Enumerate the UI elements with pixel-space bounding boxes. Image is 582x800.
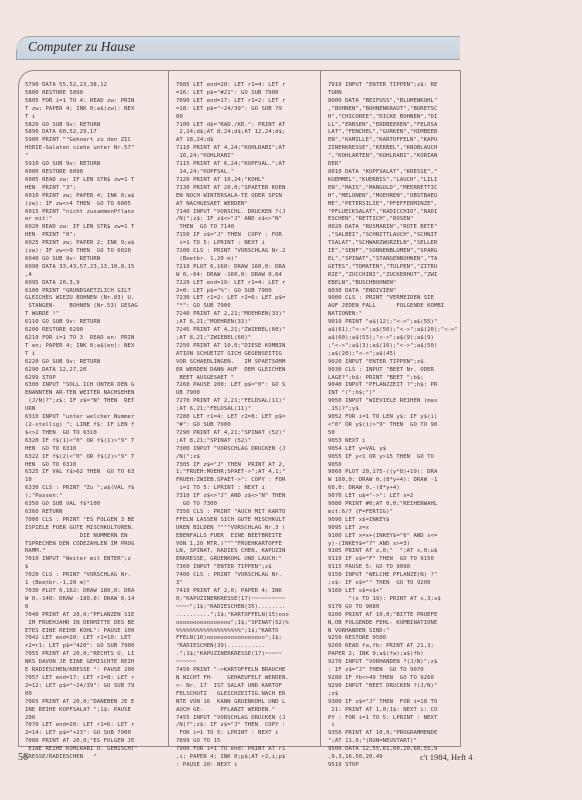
code-line: mit:6/7 (F=FERTIG)" <box>328 509 468 517</box>
code-line: i <box>328 722 468 730</box>
code-line: FELSCHUTZ GLEICHZEITIG.NACH ER <box>176 691 316 699</box>
code-line: 6095 DATA 20,3,9 <box>25 280 165 288</box>
section-header-hook <box>16 50 23 60</box>
code-line: 7350 CLS : PRINT "AUCH MIT KARTO <box>176 509 316 517</box>
code-line: 6040 GO SUB 9v: RETURN <box>25 256 165 264</box>
code-line: ,"SALBEI","SCHNITTLAUCH","SCHNIT <box>328 232 468 240</box>
code-line: "#": GO SUB 7900 <box>176 422 316 430</box>
code-line: HEN PRINT "3"; <box>25 185 165 193</box>
code-line: H","CHICOREE","DICKE BOHNEN","DI <box>328 114 468 122</box>
code-line: 5800 RESTORE 5890 <box>25 90 165 98</box>
code-line: IM FRUEHJAHR IN DERMITTE DES BE <box>25 620 165 628</box>
code-line: ETES EINE REIHE KOHL": PAUSE 100 <box>25 628 165 636</box>
code-line: N,OB FOLGENDE FEHL- KOMBINATIONE <box>328 620 468 628</box>
page-number: 56 <box>18 752 28 763</box>
code-line: 9070 LET u$="->": LET x=2 <box>328 493 468 501</box>
code-line: ;"<->";a$(3);a$(16);"<->";a$(50) <box>328 343 468 351</box>
code-line: 7055 PRINT AT 20,0;"RECHTS U. LI <box>25 651 165 659</box>
code-line: 5910 GO SUB 9v: RETURN <box>25 161 165 169</box>
code-line: 1;"FRUEH:MOEHR;SPAET->";AT 4,1;" <box>176 469 316 477</box>
code-line: (J/N)?";z$: IF z$="N" THEN RET <box>25 398 165 406</box>
code-line: 7080 PRINT AT 20,0;"ES FOLGEN JE <box>25 738 165 746</box>
code-line: EBENFALLS FUER EINE BEETBREITE <box>176 533 316 541</box>
code-line: i=1 TO 5: LPRINT : NEXT i <box>176 485 316 493</box>
code-line: /N)";z$ <box>176 454 316 462</box>
code-line: KUEMMEL","KUERBIS","LAUCH","LILI <box>328 177 468 185</box>
code-line: 9100 LET x=x+(INKEY$="6" AND x<= <box>328 533 468 541</box>
code-line: 9080 PRINT #0;AT 0,0;"REIHENWAHL <box>328 501 468 509</box>
code-line: PAPER 2; INK 9;a$(fa);a$(fb) <box>328 651 468 659</box>
code-line: ZINERKRESSE","KERBEL","KNOBLAUCH <box>328 145 468 153</box>
code-line: 7065 PRINT AT 20,0;"DANEBEN JE E <box>25 699 165 707</box>
code-line: ME","PETERSILIE","PFEFFERMINZE", <box>328 201 468 209</box>
code-line: r2=r1: LET p$="420": GO SUB 7900 <box>25 643 165 651</box>
code-line: .";1$;"KAPUZINERKRESSE(17)~~~~~ <box>176 651 316 659</box>
code-line: EN NOCH WINTERSALA-TE ODER SPIN <box>176 193 316 201</box>
code-line: 5890 DATA 60,52,29,17 <box>25 129 165 137</box>
code-line: (2-stellig) "; LINE f$: IF LEN f <box>25 422 165 430</box>
code-line: 7310 IF z$<>"J" AND z$<>"N" THEN <box>176 493 316 501</box>
code-line: 7260 PAUSE 200: LET p$="0": GO S <box>176 382 316 390</box>
code-line: 1 (Beetbr.-1,20 m)" <box>25 580 165 588</box>
code-line: "*": GO SUB 7900 <box>176 303 316 311</box>
code-line: 9290 INPUT "BEET DRUCKEN ?(J/N)" <box>328 683 468 691</box>
code-line: ISPIELE FUER GUTE MISCHKULTUREN. <box>25 525 165 533</box>
code-line: 6020 READ zw: IF LEN STR$ zw=1 T <box>25 224 165 232</box>
code-line: 6290 DATA 12,27,20 <box>25 367 165 375</box>
code-line: ,4 <box>25 272 165 280</box>
code-line: ";AT 11,0;"(RUN=NEUSTART)" <box>328 738 468 746</box>
code-line: a$(61);"<->";a$(50);"<->";a$(20);"<->" <box>328 327 468 335</box>
code-line: 9105 PRINT AT z,0;" ";AT x,0;u$ <box>328 548 468 556</box>
code-line: RAMM." <box>25 548 165 556</box>
code-line: 9060 PLOT 20,175-((y*8)+19): DRA <box>328 469 468 477</box>
code-line: ATION SCHUETZT SICH GEGENSEITIG <box>176 351 316 359</box>
code-line: PY : FOR i=1 TO 5: LPRINT : NEXT <box>328 715 468 723</box>
code-line: E RADIESCHEN/KRESSE ": PAUSE 200 <box>25 667 165 675</box>
code-line: ,"BOHNEN","BOHNENKRAUT","BORETSC <box>328 106 468 114</box>
code-line: W 0,-140: DRAW -180,0: DRAW 0,14 <box>25 596 165 604</box>
code-line: LAGE?";b$: PRINT "BEET ";b$; <box>328 375 468 383</box>
code-line: );"Passen:" <box>25 493 165 501</box>
code-line: AT 18,24;d$ <box>176 137 316 145</box>
code-line: 7070 LET end=20: LET r1=6: LET r <box>25 722 165 730</box>
code-line: EINE REIHE KOHLRABI U. GEMISCHT" <box>25 746 165 754</box>
code-line: 6100 PRINT "GRUNDSAETZLICH GILT <box>25 288 165 296</box>
listing-column-2: 7085 LET end=20: LET r1=4: LET r=16: LET… <box>176 82 316 770</box>
code-line: 7100 LET d$="RAD./KR.": PRINT AT <box>176 122 316 130</box>
code-line: 7140 INPUT "VORSCHL. DRUCKEN ?(J <box>176 209 316 217</box>
code-line: 9170 GO TO 9080 <box>328 604 468 612</box>
column-divider <box>320 70 321 746</box>
code-line: ER WERDEN DANN AUF DEM GLEICHEN <box>176 367 316 375</box>
code-line: 7040 PRINT AT 20,0;"PFLANZEN SIE <box>25 612 165 620</box>
code-line: 9052 FOR i=1 TO LEN y$: IF y$(i) <box>328 414 468 422</box>
code-line: 7220 LET end=19: LET r1=4: LET r <box>176 280 316 288</box>
code-line: 9510 STOP <box>328 762 468 770</box>
code-line: 6200 RESTORE 6290 <box>25 327 165 335</box>
code-line: 6090 DATA 33,43,57,23,13,10,8,15 <box>25 264 165 272</box>
code-line: 00 <box>25 691 165 699</box>
code-line: ;a$(20);"<->";a$(45) <box>328 351 468 359</box>
code-line: $<>2 THEN GO TO 6310 <box>25 430 165 438</box>
code-line: H","MELONEN","MOEHREN","OBSTBAEU <box>328 193 468 201</box>
listing-column-1: 5790 DATA 55,52,23,38,125800 RESTORE 589… <box>25 82 165 762</box>
code-line: 5820 GO SUB 9v: RETURN <box>25 122 165 130</box>
code-line: NTE VON 16 KANN GRUENKOHL UND L <box>176 699 316 707</box>
code-line: 16,24;"KOHLRABI" <box>176 153 316 161</box>
code-line: TSPRECHEN DEN CODEZAHLEN IM PROG <box>25 541 165 549</box>
code-line: 7455 INPUT "VORSCHLAG DRUCKEN (J <box>176 715 316 723</box>
code-line: 9053 NEXT i <box>328 438 468 446</box>
code-line: 9250 RESTORE 9500 <box>328 635 468 643</box>
code-line: 7450 PRINT "->KARTOFFELN BRAUCHE <box>176 667 316 675</box>
code-line: ~~~~";1$;"RADIESCHEN(35)........ <box>176 604 316 612</box>
code-line: ESCHEN","RETTICH","ROSEN" <box>328 216 468 224</box>
code-line: 2=14: LET p$="+23": GO SUB 7900 <box>25 730 165 738</box>
code-line: 7120 PRINT AT 10,24;"KOHL" <box>176 177 316 185</box>
code-line: HEN GO TO 6310 <box>25 446 165 454</box>
code-line: 21: PRINT AT 1,0;1$: NEXT i: CO <box>328 707 468 715</box>
code-line: : PAUSE 20: NEXT i <box>176 762 316 770</box>
code-line: 2,24;d$;AT 8,24;d$;AT 12,24;d$; <box>176 129 316 137</box>
code-line: T WURDE !" <box>25 311 165 319</box>
code-line: 7245 PRINT AT 4,21;"ZWIEBEL(60)" <box>176 327 316 335</box>
code-line: 6350 GO SUB VAL f$*100 <box>25 501 165 509</box>
code-line: 6000 RESTORE 6090 <box>25 169 165 177</box>
code-line: 9020 INPUT "ENTER TIPPEN";z$ <box>328 359 468 367</box>
section-header-title: Computer zu Hause <box>28 39 135 55</box>
code-line: 7110 PRINT AT 4,24;"KOHLRABI";AT <box>176 145 316 153</box>
code-line: 7290 PRINT AT 4,21;"SPINAT (52)" <box>176 430 316 438</box>
code-line: THEN GO TO 7140 <box>176 224 316 232</box>
code-line: EN","KAMILLE","KARTOFFELN","KAPU <box>328 137 468 145</box>
code-line: GLEICHES WIEZU BOHNEN (Nr.03) U. <box>25 295 165 303</box>
code-line: "(x TO 19): PRINT AT x,3;s$ <box>328 596 468 604</box>
code-line: 00 <box>176 114 316 122</box>
code-line: 9010 PRINT "a$(12);"<->";a$(55)" <box>328 319 468 327</box>
code-line: 3" <box>176 580 316 588</box>
code-line: EN","MAIS","MANGOLD","MEERRETTIC <box>328 185 468 193</box>
code-line: FFELN LASSEN SICH GUTE MISCHKULT <box>176 517 316 525</box>
code-line: 7305 IF z$="J" THEN PRINT AT 2, <box>176 462 316 470</box>
code-line: URN <box>25 406 165 414</box>
code-line: HEN GO TO 6310 <box>25 462 165 470</box>
code-line: INT "(";h$;")" <box>328 390 468 398</box>
code-line: 7130 PRINT AT 20,0;"SPAETER KOEN <box>176 185 316 193</box>
code-line: 9000 CLS : PRINT "VERMEIDEN SIE <box>328 295 468 303</box>
code-line: INE REIHE KOPFSALAT ";1$: PAUSE <box>25 707 165 715</box>
code-line: %%%%%%%%%%%%%%%%%%%";1$;"KARTO <box>176 628 316 636</box>
code-line: 9050 <box>328 462 468 470</box>
code-line: ;AT 8,21;"ZWIEBEL(60)" <box>176 335 316 343</box>
code-line: FRUEH:ZWIEB.SPAET->": COPY : FOR <box>176 477 316 485</box>
code-line: ;z$ <box>328 691 468 699</box>
code-line: LN, SPINAT, RADIES CHEN, KAPUZIN <box>176 548 316 556</box>
code-line: UB 7900 <box>176 390 316 398</box>
code-line: ;AT 6,21;"FELDSAL(11)" <box>176 406 316 414</box>
code-line: 8020 DATA "ROSMARIN","ROTE BETE" <box>328 224 468 232</box>
code-line: ~~~~~~ <box>176 659 316 667</box>
code-line: FOR i=1 TO 5: LPRINT : NEXT i <box>176 730 316 738</box>
code-line: 6330 CLS : PRINT "Zu ";a$(VAL f$ <box>25 485 165 493</box>
code-line: 0 <box>25 604 165 612</box>
code-line: 7030 PLOT 6,162: DRAW 180,0: DRA <box>25 588 165 596</box>
code-line: ..........";1$;"KARTOFFELN(15)ooo <box>176 612 316 620</box>
code-line: 10 <box>25 477 165 485</box>
code-line: 5900 PRINT ""Gehoert zu den ZIC <box>25 137 165 145</box>
code-line: 9095 LET z=x <box>328 525 468 533</box>
magazine-issue: c't 1984, Heft 4 <box>420 752 473 762</box>
code-line: N VORHANDEN SIND:" <box>328 628 468 636</box>
code-line: EL","SPINAT","STANGENBOHNEN","TA <box>328 256 468 264</box>
code-line: 7280 LET r1=4: LET r2=8: LET p$= <box>176 414 316 422</box>
code-line: 6015 PRINT "nicht zusammenPflanz <box>25 209 165 217</box>
code-line: 7400 CLS : PRINT "VORSCHLAG Nr. <box>176 572 316 580</box>
code-line: 9040 INPUT "PFLANZZEIT ?";h$: PR <box>328 382 468 390</box>
code-line: RIE","ZUCCHINI","ZUCKERHUT","ZWI <box>328 272 468 280</box>
code-line: 6299 STOP <box>25 375 165 383</box>
code-line: T en; PAPER 4; INK 0;a$(en): NEX <box>25 343 165 351</box>
code-line: 7115 PRINT AT 6,24;"KOPFSAL.";AT <box>176 161 316 169</box>
code-line: /N)";z$: IF z$<>"J" AND z$<>"N" <box>176 216 316 224</box>
code-line: $ <box>25 564 165 572</box>
code-line: 9350 PRINT AT 10,0;"PROGRAMMENDE <box>328 730 468 738</box>
code-line: 5805 FOR i=1 TO 4: READ zw: PRIN <box>25 98 165 106</box>
code-line: 7210 PLOT 6,160: DRAW 160,0: DRA <box>176 264 316 272</box>
code-line: 8030 DATA "ENDIVIEN" <box>328 288 468 296</box>
code-line: KRESSE/RADIESCHEN " <box>25 754 165 762</box>
code-line: ;s$: IF s$="" THEN GO TO 9200 <box>328 580 468 588</box>
code-line: W 0,-64: DRAW -160,0: DRAW 0,64 <box>176 272 316 280</box>
code-line: 6300 INPUT "SOLL ICH UNTER DEN G <box>25 382 165 390</box>
code-line: <- Nr. 17 IST SALAT UND KARTOF <box>176 683 316 691</box>
code-line: ;AT 8,21;"SPINAT (52)" <box>176 438 316 446</box>
code-line: 7000 CLS : PRINT "ES FOLGEN 3 BE <box>25 517 165 525</box>
code-line: .15)?";y$ <box>328 406 468 414</box>
code-line: 7042 LET end=20: LET r1=10: LET <box>25 635 165 643</box>
code-line: er mit:" <box>25 216 165 224</box>
code-line: LAT","FENCHEL","GURKEN","HIMBEER <box>328 129 468 137</box>
code-line: 7900 FOR i=1 TO end: PRINT AT r1 <box>176 746 316 754</box>
code-line: 2=0: LET p$="%": GO SUB 7900 <box>176 288 316 296</box>
code-line: N NICHT FH- GEHAEUFELT WERDEN. <box>176 675 316 683</box>
code-line: 7410 PRINT AT 2,0; PAPER 4; INK <box>176 588 316 596</box>
code-line: TURN <box>328 90 468 98</box>
code-line: 200 <box>25 715 165 723</box>
code-line: BEET AUSGESAET " <box>176 375 316 383</box>
code-line: LL","ERBSEN","ERDBEEREN","FELDSA <box>328 122 468 130</box>
code-line: (Beetbr. 1,20 m)" <box>176 256 316 264</box>
code-line: 6110 GO SUB 9v: RETURN <box>25 319 165 327</box>
code-line: oooooooooooooooo";1$;"SPINAT(52)% <box>176 620 316 628</box>
code-line: 7150 IF z$="J" THEN COPY : FOR <box>176 232 316 240</box>
code-line: AUF JEDEN FALL FOLGENDE KOMBI <box>328 303 468 311</box>
code-line: ,i; PAPER 4; INK 0;p$;AT r2,i;p$ <box>176 754 316 762</box>
code-line: 6320 IF f$(1)<"0" OR f$(1)>"9" T <box>25 438 165 446</box>
code-line: ;AT 6,21;"MOEHREN(33)" <box>176 319 316 327</box>
code-line: =18: LET p$="~24/39": GO SUB 79 <box>176 106 316 114</box>
code-line: 9300 IF z$="J" THEN FOR i=18 TO <box>328 699 468 707</box>
code-line: GETES","TOMATEN","TULPEN","ZITRU <box>328 264 468 272</box>
listing-column-3: 7910 INPUT "ENTER TIPPEN";z$: RETURN8000… <box>328 82 468 770</box>
code-line: HEN PRINT "0"; <box>25 232 165 240</box>
code-line: 6322 IF f$(2)<"0" OR f$(2)>"9" T <box>25 454 165 462</box>
code-line: "RADIESCHEN(39)........... <box>176 643 316 651</box>
code-line: 9030 CLS : INPUT "BEET Nr. ODER <box>328 367 468 375</box>
code-line: (zw): IF zw<>9 THEN GO TO 6020 <box>25 248 165 256</box>
code-line: a$(60);a$(55);"<->";a$(9);a$(9) <box>328 335 468 343</box>
code-line: 7240 PRINT AT 2,21;"MOEHREN(33)" <box>176 311 316 319</box>
code-line: 9260 READ fa,fb: PRINT AT 21,3; <box>328 643 468 651</box>
code-line: 14,24;"KOPFSAL." <box>176 169 316 177</box>
code-line: "PFLUECKSALAT","RADICCHIO","RADI <box>328 209 468 217</box>
code-line: 9054 LET y=VAL y$ <box>328 446 468 454</box>
code-line: DER" <box>328 161 468 169</box>
code-line: 7300 INPUT "VORSCHLAG DRUCKEN (J <box>176 446 316 454</box>
code-line: UREN BILDEN """"VORSCHLAG Nr.3 ( <box>176 525 316 533</box>
code-line: 6220 GO SUB 9v: RETURN <box>25 359 165 367</box>
code-line: 9200 PRINT AT 10,0;"BITTE PRUEFE <box>328 612 468 620</box>
code-line: T zw; PAPER 4; INK 0;a$(zw): NEX <box>25 106 165 114</box>
code-line: 8000 DATA "BEIFUSS","BLUMENKOHL" <box>328 98 468 106</box>
code-line: 9280 IF fb<>49 THEN GO TO 9260 <box>328 675 468 683</box>
code-line: 9160 LET s$=s$+" <box>328 588 468 596</box>
code-line: 7270 PRINT AT 2,21;"FELDSAL(11)" <box>176 398 316 406</box>
code-line: ERKRESSE, GRUENKOHL UND LAUCH:" <box>176 556 316 564</box>
code-line: 60,0: DRAW 0,-(8*y+4) <box>328 485 468 493</box>
code-line: 9115 PAUSE 5: GO TO 9090 <box>328 564 468 572</box>
code-line: 9055 IF y<1 OR y>15 THEN GO TO <box>328 454 468 462</box>
code-line: ","KOHLARTEN","KOHLRABI","KORIAN <box>328 153 468 161</box>
code-line: VOR SCHAEDLINGEN. IM SPAETSOMM <box>176 359 316 367</box>
code-line: EBELN","BUSCHBOHNEN" <box>328 280 468 288</box>
code-line: 7090 LET end=17: LET r1=2: LET r <box>176 98 316 106</box>
code-line: 9110 IF x$="F" THEN GO TO 9150 <box>328 556 468 564</box>
code-line: AUCH GE- PFLANZT WERDEN." <box>176 707 316 715</box>
code-line: DIE NUMMERN EN <box>25 533 165 541</box>
column-divider <box>168 70 169 746</box>
code-line: FFELN(16)ooooooooooooooooo";1$; <box>176 635 316 643</box>
code-line: 7360 INPUT "ENTER TIPPEN";z$ <box>176 564 316 572</box>
code-line: 5790 DATA 55,52,23,38,12 <box>25 82 165 90</box>
code-line: 7899 GO TO 15 <box>176 738 316 746</box>
code-line: 6010 PRINT zw; PAPER 4; INK 0;a$ <box>25 193 165 201</box>
code-line: 9270 INPUT "VORHANDEN ?(J/N)";z$ <box>328 659 468 667</box>
code-line: 6310 INPUT "unter welcher Nummer <box>25 414 165 422</box>
code-line: ENANNTEN AR-TEN WEITER NACHSEHEN <box>25 390 165 398</box>
code-line: 0;"KAPUZINERKRESSE(17)~~~~~~~~~~ <box>176 596 316 604</box>
code-line: 7010 INPUT "Weiter mit ENTER";z <box>25 556 165 564</box>
code-line: 7057 LET end=17: LET r1=8: LET r <box>25 675 165 683</box>
code-line: T i <box>25 351 165 359</box>
code-line: 2=12: LET p$="~24/39": GO SUB 79 <box>25 683 165 691</box>
code-line: 9150 INPUT "WELCHE PFLANZE(N) ?" <box>328 572 468 580</box>
code-line: 7250 PRINT AT 10,0;"DIESE KOMBIN <box>176 343 316 351</box>
code-line: VON 1,20 MTR.)""""FRUEHKARTOFFE <box>176 541 316 549</box>
code-line: y)-(INKEY$="7" AND x>=3) <box>328 541 468 549</box>
code-line: (zw): IF zw<>4 THEN GO TO 6005 <box>25 201 165 209</box>
code-line: i=1 TO 5: LPRINT : NEXT i <box>176 240 316 248</box>
code-line: =16: LET p$="#21": GO SUB 7900 <box>176 90 316 98</box>
code-line: 7020 CLS : PRINT "VORSCHLAG Nr. <box>25 572 165 580</box>
code-line: NKS DAVON JE EINE GEMISCHTE REIH <box>25 659 165 667</box>
code-line: NATIONEN:" <box>328 311 468 319</box>
code-line: HORIE-Salaten siehe unter Nr.57" <box>25 145 165 153</box>
code-line: 6360 RETURN <box>25 509 165 517</box>
code-line: /N)?";z$: IF z$="J" THEN COPY : <box>176 722 316 730</box>
code-line: 6325 IF VAL f$>62 THEN GO TO 63 <box>25 469 165 477</box>
code-line: 7200 CLS : PRINT "VORSCHLAG Nr.2 <box>176 248 316 256</box>
code-line: GO TO 7300 <box>176 501 316 509</box>
code-line: AT NACHGESAET WERDEN" <box>176 201 316 209</box>
code-line: 6025 PRINT zw; PAPER 2; INK 9;a$ <box>25 240 165 248</box>
code-line: STANGEN- BOHNEN (Nr.53) GESAG <box>25 303 165 311</box>
code-line: <"0" OR y$(i)>"9" THEN GO TO 90 <box>328 422 468 430</box>
code-line: 7085 LET end=20: LET r1=4: LET r <box>176 82 316 90</box>
code-line: 7910 INPUT "ENTER TIPPEN";z$: RE <box>328 82 468 90</box>
code-line: : IF z$="J" THEN GO TO 9070 <box>328 667 468 675</box>
code-line: W 160,0: DRAW 0,(8*y+4): DRAW -1 <box>328 477 468 485</box>
code-line: 6210 FOR i=1 TO 3 READ en: PRIN <box>25 335 165 343</box>
code-line: 9050 INPUT "WIEVIELE REIHEN (max <box>328 398 468 406</box>
code-line: IE","SENF","SONNENBLUMEN","SPARG <box>328 248 468 256</box>
code-line: T i <box>25 114 165 122</box>
code-line: 50 <box>328 430 468 438</box>
code-line: 9090 LET x$=INKEY$ <box>328 517 468 525</box>
code-line: TSALAT","SCHWARZWURZELN","SELLER <box>328 240 468 248</box>
code-line: 6005 READ zw: IF LEN STR$ zw=1 T <box>25 177 165 185</box>
code-line: 8010 DATA "KOPFSALAT","KRESSE"," <box>328 169 468 177</box>
code-line: 7230 LET r1=2: LET r2=6: LET p$= <box>176 295 316 303</box>
code-line: " <box>25 153 165 161</box>
